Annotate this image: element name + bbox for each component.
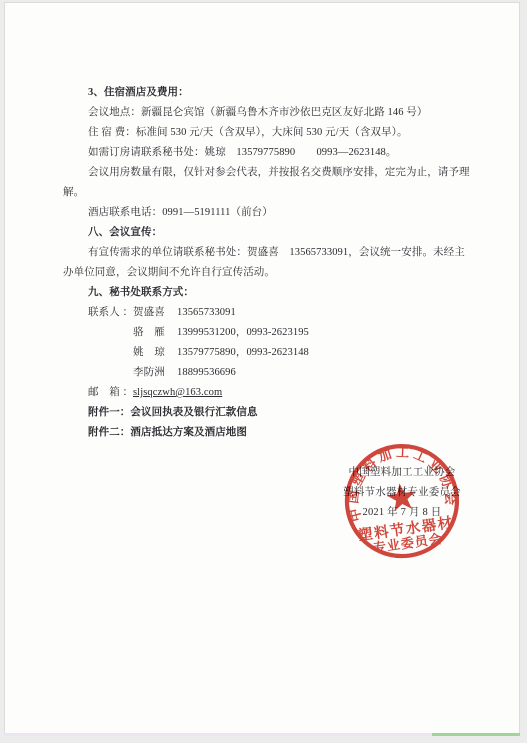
official-seal: 中国塑料加工工业协会 塑料节水器材 专业委员会: [333, 432, 472, 571]
seal-ring-text: 中国塑料加工工业协会: [338, 437, 460, 524]
contact-phone: 13999531200，0993-2623195: [177, 327, 309, 338]
email-label: 邮 箱 ：: [88, 383, 133, 403]
scan-artifact-strip-lavender: [4, 733, 432, 736]
section8-heading: 八、会议宣传：: [63, 223, 471, 243]
doc-line-publicity-cont: 办单位同意，会议期间不允许自行宣传活动。: [63, 263, 471, 283]
contact-name: 姚 琼: [133, 343, 177, 363]
contact-row: 联系人 ：贺盛喜13565733091: [63, 303, 471, 323]
star-icon: [385, 481, 417, 512]
contact-name: 李防洲: [133, 363, 177, 383]
scan-artifact-strip-green: [432, 733, 520, 736]
doc-line-room-limit: 会议用房数量有限，仅针对参会代表，并按报名交费顺序安排，定完为止，请予理: [63, 163, 471, 183]
contact-row: 骆 雁13999531200，0993-2623195: [63, 323, 471, 343]
contact-phone: 13579775890，0993-2623148: [177, 347, 309, 358]
contact-row: 姚 琼13579775890，0993-2623148: [63, 343, 471, 363]
doc-line-room-fee: 住 宿 费：标准间 530 元/天（含双早），大床间 530 元/天（含双早）。: [63, 123, 471, 143]
section9-heading: 九、秘书处联系方式：: [63, 283, 471, 303]
doc-line-room-limit-cont: 解。: [63, 183, 471, 203]
doc-line-hotel-phone: 酒店联系电话：0991—5191111（前台）: [63, 203, 471, 223]
svg-text:中国塑料加工工业协会: 中国塑料加工工业协会: [338, 437, 460, 524]
doc-line-publicity: 有宣传需求的单位请联系秘书处：贺盛喜 13565733091，会议统一安排。未经…: [63, 243, 471, 263]
contact-label: 联系人 ：: [88, 303, 133, 323]
doc-line-venue: 会议地点：新疆昆仑宾馆（新疆乌鲁木齐市沙依巴克区友好北路 146 号）: [63, 103, 471, 123]
email-link[interactable]: sljsqczwh@163.com: [133, 387, 222, 398]
email-row: 邮 箱 ：sljsqczwh@163.com: [63, 383, 471, 403]
section3-heading: 3、住宿酒店及费用：: [63, 83, 471, 103]
document-body: 3、住宿酒店及费用： 会议地点：新疆昆仑宾馆（新疆乌鲁木齐市沙依巴克区友好北路 …: [63, 83, 471, 443]
contact-name: 贺盛喜: [133, 303, 177, 323]
doc-line-booking: 如需订房请联系秘书处：姚琼 13579775890 0993—2623148。: [63, 143, 471, 163]
contact-phone: 18899536696: [177, 367, 236, 378]
contact-row: 李防洲18899536696: [63, 363, 471, 383]
contact-phone: 13565733091: [177, 307, 236, 318]
contact-name: 骆 雁: [133, 323, 177, 343]
attachment-1: 附件一：会议回执表及银行汇款信息: [63, 403, 471, 423]
